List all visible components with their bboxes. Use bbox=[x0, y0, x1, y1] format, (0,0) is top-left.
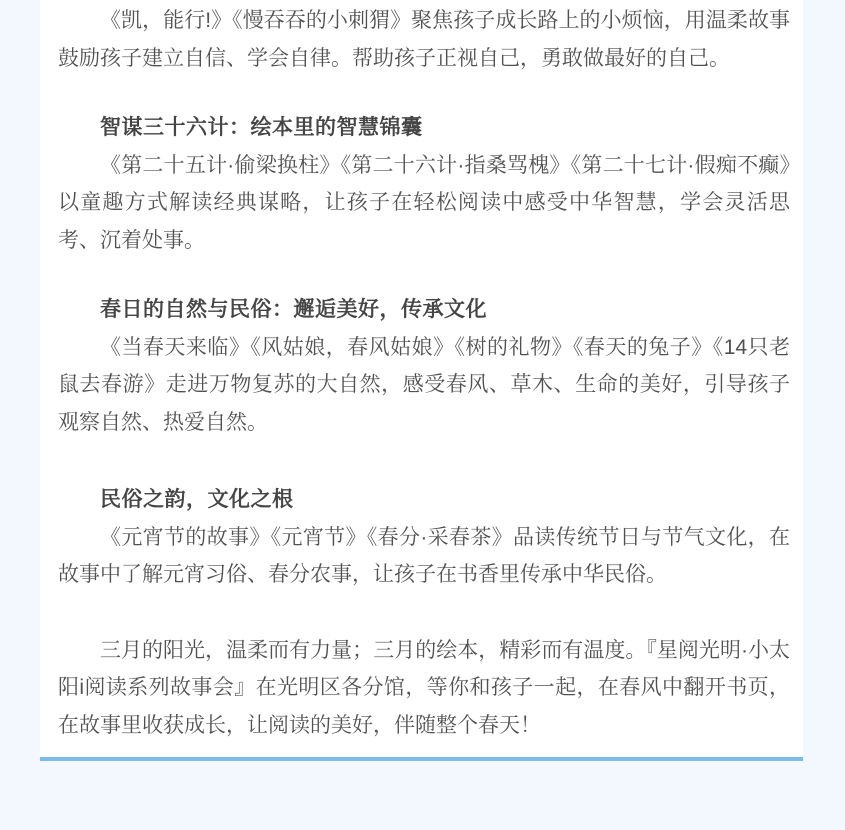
paragraph-closing-invitation: 三月的阳光，温柔而有力量；三月的绘本，精彩而有温度。『星阅光明·小太阳i阅读系列… bbox=[58, 632, 790, 745]
article-card: 《凯，能行!》《慢吞吞的小刺猬》聚焦孩子成长路上的小烦恼，用温柔故事鼓励孩子建立… bbox=[40, 0, 803, 761]
heading-spring-nature-folklore: 春日的自然与民俗：邂逅美好，传承文化 bbox=[58, 291, 790, 329]
heading-thirty-six-stratagems: 智谋三十六计：绘本里的智慧锦囊 bbox=[58, 109, 790, 147]
paragraph-stratagems-books: 《第二十五计·偷梁换柱》《第二十六计·指桑骂槐》《第二十七计·假痴不癫》以童趣方… bbox=[58, 147, 790, 260]
paragraph-festival-books: 《元宵节的故事》《元宵节》《春分·采春茶》品读传统节日与节气文化，在故事中了解元… bbox=[58, 519, 790, 594]
paragraph-growth-confidence: 《凯，能行!》《慢吞吞的小刺猬》聚焦孩子成长路上的小烦恼，用温柔故事鼓励孩子建立… bbox=[58, 2, 790, 77]
paragraph-spring-nature-books: 《当春天来临》《风姑娘，春风姑娘》《树的礼物》《春天的兔子》《14只老鼠去春游》… bbox=[58, 329, 790, 442]
heading-folk-culture-roots: 民俗之韵，文化之根 bbox=[58, 481, 790, 519]
